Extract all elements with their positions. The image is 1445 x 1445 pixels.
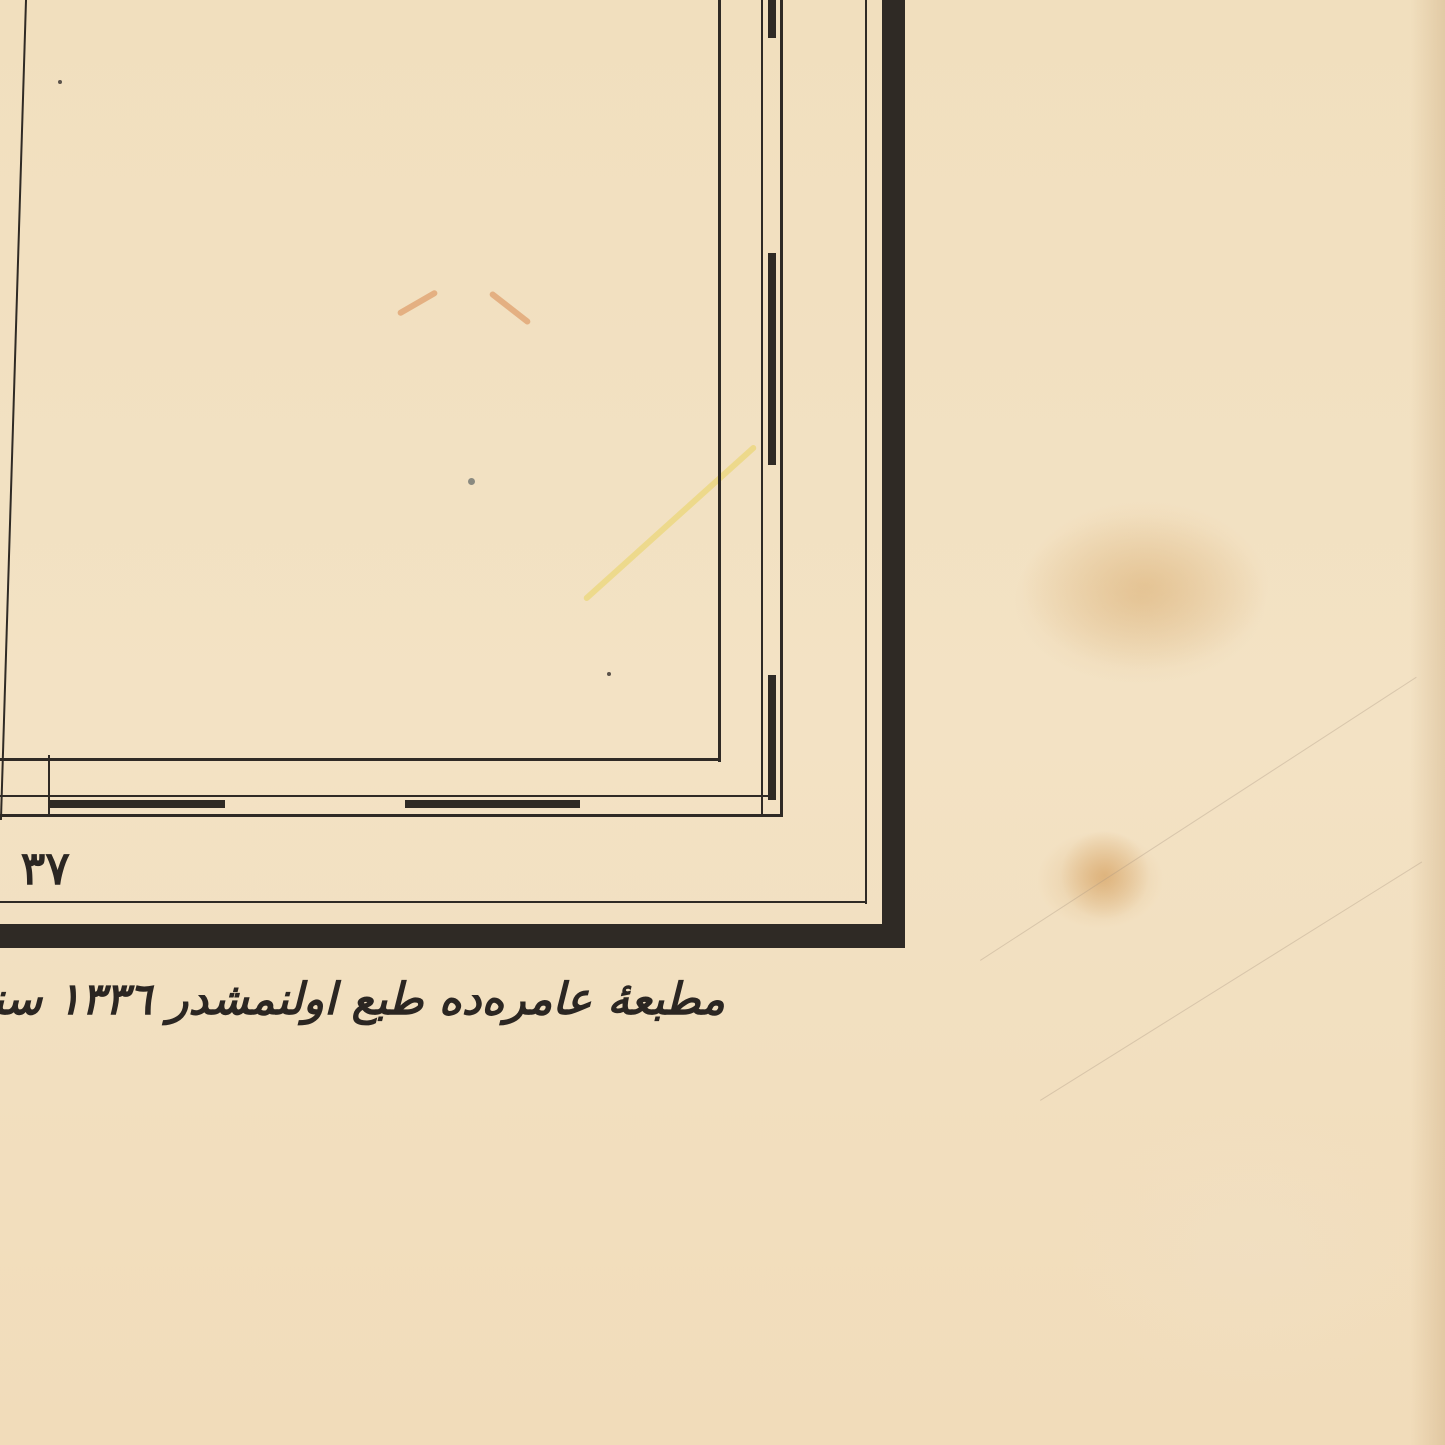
foxing-stain — [1020, 500, 1270, 670]
scale-line-outer — [0, 814, 783, 817]
scale-line-inner — [761, 0, 763, 817]
scale-tick — [48, 755, 50, 817]
paper-background — [0, 0, 1445, 1445]
speck — [58, 80, 62, 84]
outer-frame-right — [865, 0, 867, 904]
scale-line-inner — [0, 795, 770, 797]
scale-segment-filled — [768, 253, 776, 465]
speck — [468, 478, 475, 485]
scale-segment-filled — [768, 675, 776, 800]
sheet-number: ٣٧ — [0, 838, 70, 898]
neatline-right — [718, 0, 721, 762]
scale-segment-filled — [405, 800, 580, 808]
scale-line-outer — [780, 0, 783, 817]
thick-border-right — [882, 0, 905, 948]
neatline-bottom — [0, 758, 721, 761]
printer-imprint: مطبعهٔ عامره‌ده طبع اولنمشدر ١٣٣٦ سنه — [0, 955, 725, 1045]
thick-border-bottom — [0, 924, 905, 948]
outer-frame-bottom — [0, 901, 867, 903]
scale-segment-filled — [48, 800, 225, 808]
scale-segment-filled — [768, 0, 776, 38]
foxing-stain — [1060, 830, 1150, 920]
speck — [607, 672, 611, 676]
